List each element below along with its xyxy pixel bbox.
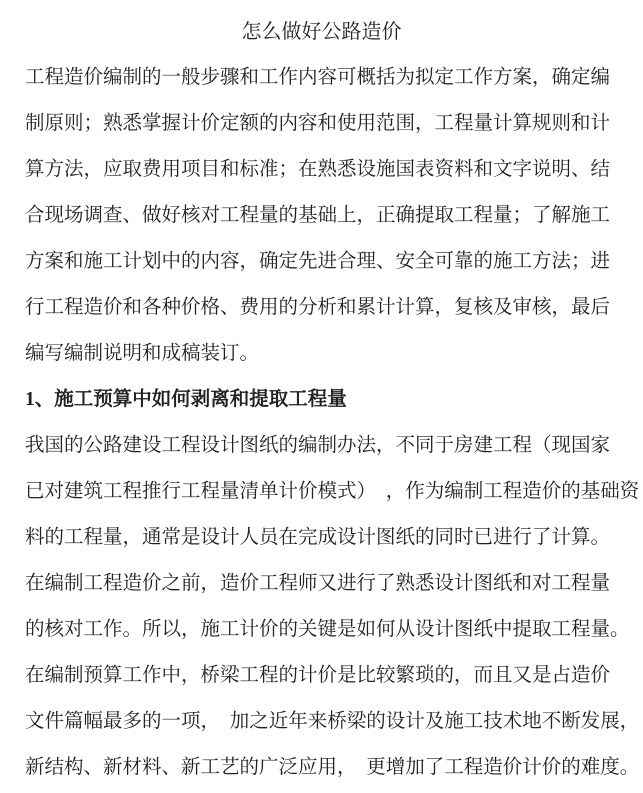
text-line: 工程造价编制的一般步骤和工作内容可概括为拟定工作方案，确定编 [25, 55, 618, 101]
document-title: 怎么做好公路造价 [25, 9, 618, 55]
text-line: 行工程造价和各种价格、费用的分析和累计计算，复核及审核，最后 [25, 285, 618, 331]
text-line: 合现场调查、做好核对工程量的基础上，正确提取工程量；了解施工 [25, 193, 618, 239]
text-line: 在编制工程造价之前，造价工程师又进行了熟悉设计图纸和对工程量 [25, 561, 618, 607]
text-line: 在编制预算工作中，桥梁工程的计价是比较繁琐的，而且又是占造价 [25, 653, 618, 699]
document-page: 怎么做好公路造价 工程造价编制的一般步骤和工作内容可概括为拟定工作方案，确定编 … [0, 0, 643, 793]
text-line: 方案和施工计划中的内容，确定先进合理、安全可靠的施工方法；进 [25, 239, 618, 285]
text-line: 编写编制说明和成稿装订。 [25, 331, 618, 377]
text-line: 算方法，应取费用项目和标准；在熟悉设施国表资料和文字说明、结 [25, 147, 618, 193]
text-line: 的核对工作。所以，施工计价的关键是如何从设计图纸中提取工程量。 [25, 607, 618, 653]
text-line: 料的工程量，通常是设计人员在完成设计图纸的同时已进行了计算。 [25, 515, 618, 561]
text-line: 我国的公路建设工程设计图纸的编制办法，不同于房建工程（现国家 [25, 423, 618, 469]
text-line: 文件篇幅最多的一项， 加之近年来桥梁的设计及施工技术地不断发展， [25, 699, 618, 745]
text-line: 新结构、新材料、新工艺的广泛应用， 更增加了工程造价计价的难度。 [25, 745, 618, 791]
text-line: 制原则；熟悉掌握计价定额的内容和使用范围，工程量计算规则和计 [25, 101, 618, 147]
section-heading: 1、施工预算中如何剥离和提取工程量 [25, 377, 618, 423]
text-line: 已对建筑工程推行工程量清单计价模式） ，作为编制工程造价的基础资 [25, 469, 618, 515]
